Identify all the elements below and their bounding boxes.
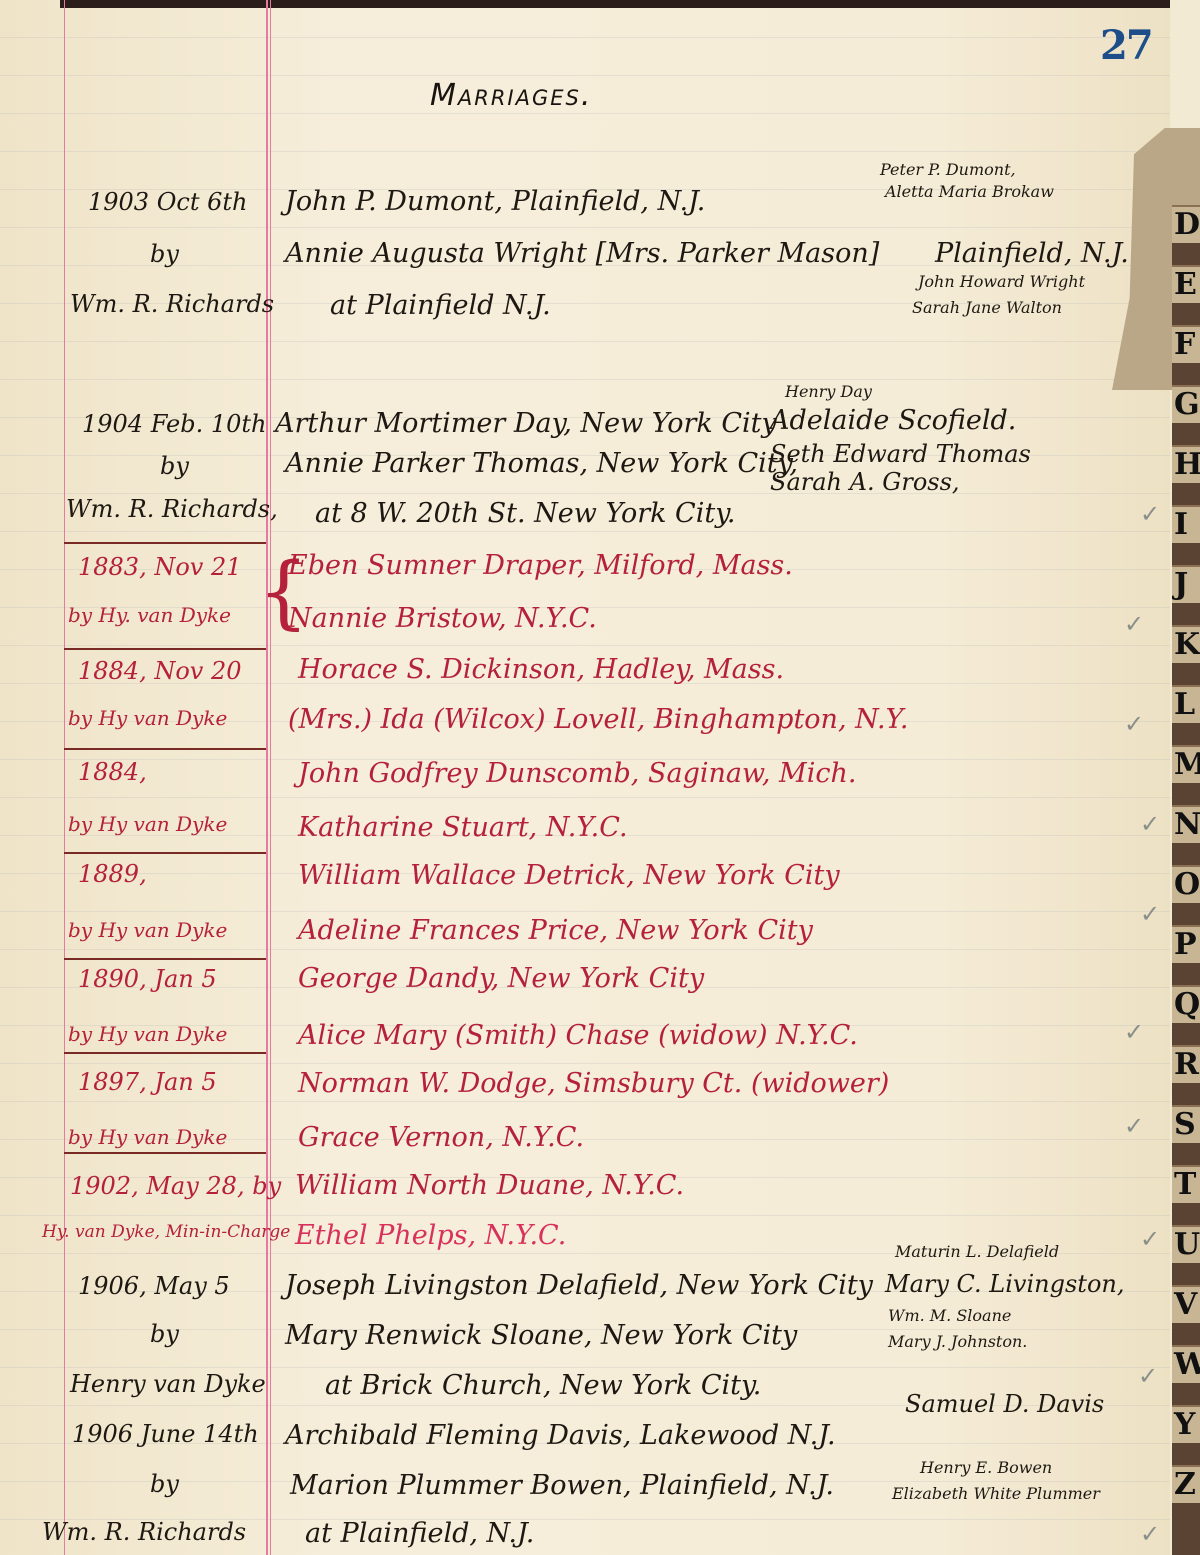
entry-date: 1884, Nov 20: [78, 657, 242, 685]
checkmark: ✓: [1138, 1362, 1158, 1390]
entry-bride: Annie Augusta Wright [Mrs. Parker Mason]: [285, 238, 879, 269]
entry-divider: [64, 648, 266, 650]
checkmark: ✓: [1140, 900, 1160, 928]
entry-divider: [64, 852, 266, 854]
entry-groom: George Dandy, New York City: [298, 963, 704, 994]
page-number: 27: [1100, 22, 1152, 69]
groom-mother: Aletta Maria Brokaw: [885, 182, 1054, 201]
index-tab-j[interactable]: J: [1172, 565, 1200, 603]
groom-father: Maturin L. Delafield: [895, 1242, 1059, 1261]
entry-groom: William Wallace Detrick, New York City: [298, 860, 840, 891]
bride-place: Plainfield, N.J.: [935, 238, 1129, 269]
entry-bride: Adeline Frances Price, New York City: [298, 915, 813, 946]
book-top-edge: [60, 0, 1170, 8]
entry-date: 1897, Jan 5: [78, 1068, 217, 1096]
checkmark: ✓: [1140, 500, 1160, 528]
entry-officiant: Wm. R. Richards,: [66, 495, 278, 523]
index-tab-r[interactable]: R: [1172, 1045, 1200, 1083]
entry-date: 1884,: [78, 758, 147, 786]
entry-groom: John Godfrey Dunscomb, Saginaw, Mich.: [298, 758, 856, 789]
entry-date: 1889,: [78, 860, 147, 888]
index-tab-h[interactable]: H: [1172, 445, 1200, 483]
entry-location: at Brick Church, New York City.: [325, 1370, 761, 1401]
checkmark: ✓: [1124, 1018, 1144, 1046]
entry-by: by: [150, 240, 179, 268]
groom-mother: Mary C. Livingston,: [885, 1270, 1124, 1298]
index-tab-u[interactable]: U: [1172, 1225, 1200, 1263]
index-tab-v[interactable]: V: [1172, 1285, 1200, 1323]
margin-rule-main: [266, 0, 268, 1555]
entry-divider: [64, 1152, 266, 1154]
bride-father: Seth Edward Thomas: [770, 440, 1031, 468]
index-tab-t[interactable]: T: [1172, 1165, 1200, 1203]
entry-date: 1902, May 28, by: [70, 1172, 281, 1200]
checkmark: ✓: [1140, 1520, 1160, 1548]
entry-location: at Plainfield N.J.: [330, 290, 551, 321]
checkmark: ✓: [1140, 810, 1160, 838]
entry-divider: [64, 748, 266, 750]
entry-officiant: by Hy van Dyke: [68, 812, 227, 836]
entry-groom: Horace S. Dickinson, Hadley, Mass.: [298, 654, 784, 685]
index-tab-d[interactable]: D: [1172, 205, 1200, 243]
index-tab-z[interactable]: Z: [1172, 1465, 1200, 1503]
entry-location: at Plainfield, N.J.: [305, 1518, 534, 1549]
index-tab-l[interactable]: L: [1172, 685, 1200, 723]
margin-rule-inner: [270, 0, 271, 1555]
index-tab-g[interactable]: G: [1172, 385, 1200, 423]
entry-officiant: Hy. van Dyke, Min-in-Charge: [42, 1222, 290, 1242]
entry-groom: Arthur Mortimer Day, New York City: [275, 408, 777, 439]
register-page: 27 Marriages. 1903 Oct 6th by Wm. R. Ric…: [0, 0, 1170, 1555]
index-tab-k[interactable]: K: [1172, 625, 1200, 663]
entry-date: 1883, Nov 21: [78, 553, 242, 581]
entry-officiant: by Hy van Dyke: [68, 1125, 227, 1149]
entry-bride: Marion Plummer Bowen, Plainfield, N.J.: [290, 1470, 834, 1501]
entry-officiant: by Hy van Dyke: [68, 918, 227, 942]
bride-mother: Elizabeth White Plummer: [892, 1484, 1100, 1503]
entry-bride: Ethel Phelps, N.Y.C.: [295, 1220, 566, 1251]
entry-bride: (Mrs.) Ida (Wilcox) Lovell, Binghampton,…: [288, 704, 909, 735]
entry-officiant: Henry van Dyke: [70, 1370, 266, 1398]
entry-officiant: Wm. R. Richards: [42, 1518, 246, 1546]
checkmark: ✓: [1124, 710, 1144, 738]
index-tab-s[interactable]: S: [1172, 1105, 1200, 1143]
bride-father: Wm. M. Sloane: [888, 1306, 1011, 1325]
entry-bride: Katharine Stuart, N.Y.C.: [298, 812, 628, 843]
groom-mother: Adelaide Scofield.: [770, 405, 1016, 436]
index-tab-q[interactable]: Q: [1172, 985, 1200, 1023]
entry-groom: John P. Dumont, Plainfield, N.J.: [285, 186, 705, 217]
entry-bride: Grace Vernon, N.Y.C.: [298, 1122, 584, 1153]
bride-mother: Mary J. Johnston.: [888, 1332, 1027, 1351]
entry-bride: Annie Parker Thomas, New York City,: [285, 448, 798, 479]
entry-officiant: by Hy van Dyke: [68, 1022, 227, 1046]
entry-by: by: [160, 452, 189, 480]
entry-groom: Eben Sumner Draper, Milford, Mass.: [288, 550, 793, 581]
entry-by: by: [150, 1320, 179, 1348]
entry-officiant: Wm. R. Richards: [70, 290, 274, 318]
index-tab-f[interactable]: F: [1172, 325, 1200, 363]
bride-mother: Sarah A. Gross,: [770, 468, 960, 496]
checkmark: ✓: [1140, 1225, 1160, 1253]
entry-divider: [64, 958, 266, 960]
entry-groom: Norman W. Dodge, Simsbury Ct. (widower): [298, 1068, 889, 1099]
entry-date: 1906, May 5: [78, 1272, 230, 1300]
page-title: Marriages.: [430, 78, 592, 113]
entry-location: at 8 W. 20th St. New York City.: [315, 498, 735, 529]
entry-groom: Joseph Livingston Delafield, New York Ci…: [285, 1270, 873, 1301]
entry-officiant: by Hy. van Dyke: [68, 603, 231, 627]
entry-bride: Nannie Bristow, N.Y.C.: [288, 603, 597, 634]
index-tab-o[interactable]: O: [1172, 865, 1200, 903]
bride-father: Henry E. Bowen: [920, 1458, 1052, 1477]
entry-date: 1903 Oct 6th: [88, 188, 247, 216]
index-tab-w[interactable]: W: [1172, 1345, 1200, 1383]
bride-mother: Sarah Jane Walton: [912, 298, 1062, 317]
entry-by: by: [150, 1470, 179, 1498]
groom-father: Henry Day: [785, 382, 872, 401]
entry-bride: Alice Mary (Smith) Chase (widow) N.Y.C.: [298, 1020, 858, 1051]
index-tab-i[interactable]: I: [1172, 505, 1200, 543]
entry-date: 1890, Jan 5: [78, 965, 217, 993]
index-tab-y[interactable]: Y: [1172, 1405, 1200, 1443]
bride-father: John Howard Wright: [918, 272, 1085, 291]
margin-rule-left: [64, 0, 65, 1555]
entry-officiant: by Hy van Dyke: [68, 706, 227, 730]
groom-father: Peter P. Dumont,: [880, 160, 1016, 179]
entry-groom: Archibald Fleming Davis, Lakewood N.J.: [285, 1420, 836, 1451]
checkmark: ✓: [1124, 1112, 1144, 1140]
entry-bride: Mary Renwick Sloane, New York City: [285, 1320, 797, 1351]
index-tab-n[interactable]: N: [1172, 805, 1200, 843]
entry-groom: William North Duane, N.Y.C.: [295, 1170, 684, 1201]
groom-father: Samuel D. Davis: [905, 1390, 1104, 1418]
entry-date: 1904 Feb. 10th: [82, 410, 267, 438]
checkmark: ✓: [1124, 610, 1144, 638]
entry-date: 1906 June 14th: [72, 1420, 259, 1448]
entry-divider: [64, 1052, 266, 1054]
entry-divider: [64, 542, 266, 544]
index-tab-p[interactable]: P: [1172, 925, 1200, 963]
index-tab-m[interactable]: M: [1172, 745, 1200, 783]
index-tab-e[interactable]: E: [1172, 265, 1200, 303]
